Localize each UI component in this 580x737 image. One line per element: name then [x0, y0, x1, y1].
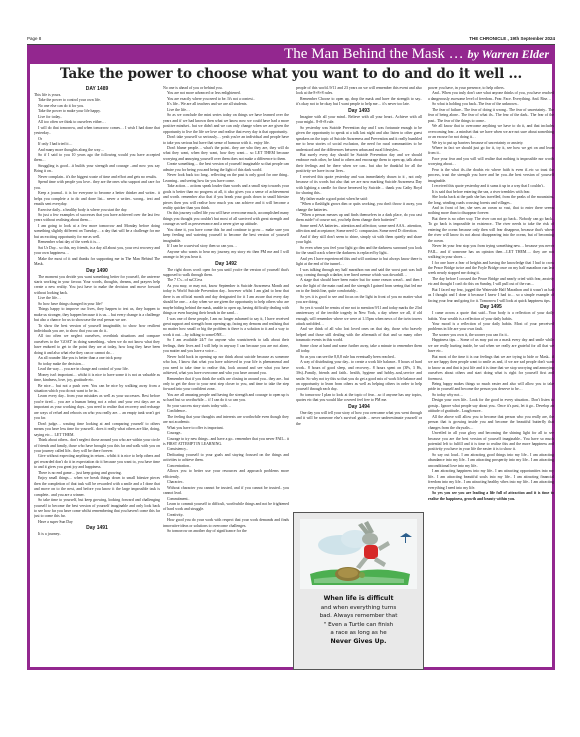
paragraph: Keep a journal.. it is for everyone to b…	[34, 191, 160, 207]
paragraph: So take time to yourself, but keep growi…	[34, 498, 160, 520]
paragraph: You done it, you have come this far and …	[163, 228, 289, 244]
paragraph: And we think of all who lost loved ones …	[296, 327, 422, 343]
paragraph: So if I said to you 10 years ago the fol…	[34, 153, 160, 164]
paragraph: Take action… actions speak louder than w…	[163, 184, 289, 211]
paragraph: But surely every day should be Suicide P…	[296, 153, 422, 175]
column-title: The Man Behind the Mask …	[284, 46, 467, 62]
paragraph: Enjoy small things… when we break things…	[34, 476, 160, 498]
paragraph: Think about others.. don't neglect those…	[34, 438, 160, 454]
paragraph: And.. When you truly don't care what any…	[428, 91, 554, 102]
paragraph: Anyone who wants to hear my journey, my …	[163, 250, 289, 261]
paragraph: So even when you feel your light go dim …	[296, 246, 422, 257]
paragraph: So tomorrow on another day of significan…	[163, 529, 289, 534]
paragraph: So I am available 24/7 for anyone who wa…	[163, 338, 289, 354]
paragraph: people of this world..9/11 and 23 years …	[296, 86, 422, 97]
paragraph: All too often we neglect ourselves, over…	[34, 334, 160, 356]
paragraph: The fear of failure.. The fear of doing …	[428, 108, 554, 124]
day-heading: Day 1493	[296, 108, 422, 115]
poster-line-4: " Even a Turtle can finish	[324, 622, 393, 628]
paragraph: Design your own life.. Look for the good…	[428, 398, 554, 414]
paragraph: Never let your fear stop you from trying…	[428, 244, 554, 260]
paragraph: Learn to commit yourself to difficult, w…	[163, 502, 289, 513]
day-heading: Day 1490	[34, 268, 160, 275]
paragraph: I was one of these people, I am no longe…	[163, 317, 289, 339]
paragraph: You are all amazing people and having th…	[163, 393, 289, 404]
paragraph: Your mood is a reflection of your daily …	[428, 322, 554, 333]
paragraph: Don't judge… wasting time looking at and…	[34, 422, 160, 438]
poster-line-3: bad. Always remember that	[320, 613, 398, 619]
paragraph: Face your fear and you will will realise…	[428, 157, 554, 168]
paragraph: She looks back at the path she has trave…	[428, 195, 554, 206]
paragraph: It is a journey..	[34, 532, 160, 537]
paragraph: Never look back too long.. reflecting on…	[163, 173, 289, 184]
paragraph: On this journey called life you will hav…	[163, 211, 289, 227]
paragraph: I for one have a fear of heights and hav…	[428, 261, 554, 277]
paragraph: So tomorrow I plan to look at the topic …	[296, 393, 422, 404]
paragraph: I came across a quote that said…Your bod…	[428, 311, 554, 322]
article-column-3: people of this world..9/11 and 23 years …	[296, 86, 422, 511]
paragraph: So yes it would be remiss of me not to m…	[296, 306, 422, 328]
rabbit-turtle-icon	[300, 519, 417, 589]
paragraph: One day you will tell your story of how …	[296, 411, 422, 427]
paragraph: Create something… the best version of yo…	[163, 162, 289, 173]
paragraph: All the above will allow you to become t…	[428, 415, 554, 431]
day-heading: Day 1491	[34, 525, 160, 532]
paragraph: Remember Choose to open up, drop the mas…	[296, 97, 422, 108]
paragraph: We all know that to overcome anything we…	[428, 124, 554, 140]
article-column-4: power you have, in your presence, to hel…	[428, 86, 554, 668]
page-header: Page 8 THE CHRONICLE , 19th September 20…	[27, 34, 555, 45]
paragraph: Allows you to better use your resources …	[163, 469, 289, 480]
paragraph: "When a person messes up and finds thems…	[296, 213, 422, 224]
paragraph: "When a flashlight grows dim or quits wo…	[296, 202, 422, 213]
poster-caption: When life is difficult and when everythi…	[296, 595, 421, 647]
paragraph: So say out loud.. I am attracting good t…	[428, 453, 554, 469]
paragraph: Struggling is good…it builds your streng…	[34, 164, 160, 175]
paragraph: But there is no other way. The river can…	[428, 217, 554, 244]
paragraph: I am attracting happiness into my life..…	[428, 469, 554, 491]
paragraph: Spend time with people you love.. they a…	[34, 180, 160, 191]
paragraph: And in front of her, she sees an ocean s…	[428, 206, 554, 217]
paragraph: Don't blame people… what's the point.. t…	[163, 146, 289, 162]
paragraph: Where in fact we should just go for it, …	[428, 146, 554, 157]
paragraph: I received this quote yesterday and it s…	[428, 184, 554, 189]
publication-dateline: THE CHRONICLE , 19th September 2024	[469, 36, 555, 41]
paragraph: Sat Ur Day... so this, my friends, is a …	[34, 246, 160, 257]
page-number: Page 8	[27, 36, 41, 41]
paragraph: Imagine with all your mind.. Believe wit…	[296, 115, 422, 126]
poster-line-2: and when everything turns	[321, 605, 397, 611]
paragraph: Courage to try new things.. and have a g…	[163, 437, 289, 448]
paragraph: Unveiled in all your glory and becoming …	[428, 431, 554, 453]
paragraph: The right doors won't open for you until…	[163, 268, 289, 279]
column-banner: The Man Behind the Mask … by Warren Elde…	[27, 45, 555, 64]
paragraph: I was talking through my half marathon r…	[296, 268, 422, 279]
paragraph: I received this quote yesterday and was …	[296, 175, 422, 197]
paragraph: Remember that if you think the walls are…	[163, 377, 289, 393]
paragraph: Being happy makes things so much easier …	[428, 382, 554, 393]
paragraph: So yesterday was Suicide Prevention day …	[296, 126, 422, 153]
paragraph: The feeling that your thoughts and inter…	[163, 415, 289, 426]
paragraph: And yes I have experienced this and will…	[296, 257, 422, 268]
paragraph: And if they still don't seem to shine, s…	[296, 235, 422, 246]
paragraph: Never hold back in opening up nor think …	[163, 355, 289, 377]
paragraph: The day before I crossed the Peace Bridg…	[428, 277, 554, 288]
day-heading: Day 1492	[163, 261, 289, 268]
article-column-1: DAY 1489 This life is yours. Take the po…	[34, 86, 160, 666]
paragraph: The moment you decide you want something…	[34, 275, 160, 297]
poster-line-5: a race as long as he	[330, 630, 386, 636]
column-byline: by Warren Elder	[467, 47, 549, 61]
paragraph: To show the best version of yourself ima…	[34, 324, 160, 335]
paragraph: Some need AA batteries.. attention and a…	[296, 224, 422, 235]
paragraph: Fear is the what ifs..the doubts etc whe…	[428, 168, 554, 184]
rabbit-and-turtle-illustration	[300, 519, 417, 589]
article-column-2: No one is ahead of you or behind you. Yo…	[163, 86, 289, 668]
paragraph: A stage that should have been easier but…	[296, 278, 422, 294]
paragraph: Things happy to improve our lives, they …	[34, 307, 160, 323]
paragraph: So yes it is good to see and focus on th…	[296, 295, 422, 306]
paragraph: How good you do your work with respect t…	[163, 518, 289, 529]
day-heading: Day 1495	[428, 304, 554, 311]
article-headline: Take the power to choose what you want t…	[30, 64, 552, 84]
paragraph: Happiness tips… Some of us may put on a …	[428, 338, 554, 354]
paragraph: Don't take yourself so seriously… yeah y…	[163, 135, 289, 146]
paragraph: I will do that tomorrow, and when tomorr…	[34, 126, 160, 137]
poster-line-1: When life is difficult	[324, 595, 394, 602]
paragraph: I am going to look at a few more tomorro…	[34, 224, 160, 240]
paragraph: Learn every day.. from your mistakes as …	[34, 394, 160, 421]
paragraph: Without character you cannot be trusted,…	[163, 486, 289, 497]
poster-line-6: Never Gives Up.	[331, 638, 387, 645]
paragraph: Be nice… but not a push over. You can be…	[34, 384, 160, 395]
paragraph: Some close at hand and some further away…	[296, 344, 422, 355]
day-heading: Day 1494	[296, 404, 422, 411]
paragraph: As you may, or may not, know September i…	[163, 284, 289, 317]
paragraph: Dedicating yourself to your goals and st…	[163, 453, 289, 464]
paragraph: So just a few examples of successes that…	[34, 213, 160, 224]
paragraph: But I faced my fear, jogged the Watersid…	[428, 288, 554, 304]
paragraph: Money isn't important… whilst it is nice…	[34, 373, 160, 384]
paragraph: Give without expecting anything in retur…	[34, 454, 160, 470]
paragraph: Make the most of it and thanks for suppo…	[34, 257, 160, 268]
day-heading: DAY 1489	[34, 86, 160, 93]
paragraph: So as we conclude the mini series today …	[163, 113, 289, 135]
paragraph: But most of the time it is our feelings …	[428, 355, 554, 382]
paragraph: A way of distributing your day.. to crea…	[296, 360, 422, 393]
closing-paragraph: So yes you see you are leading a life fu…	[428, 491, 554, 502]
motivational-poster: When life is difficult and when everythi…	[293, 512, 424, 670]
